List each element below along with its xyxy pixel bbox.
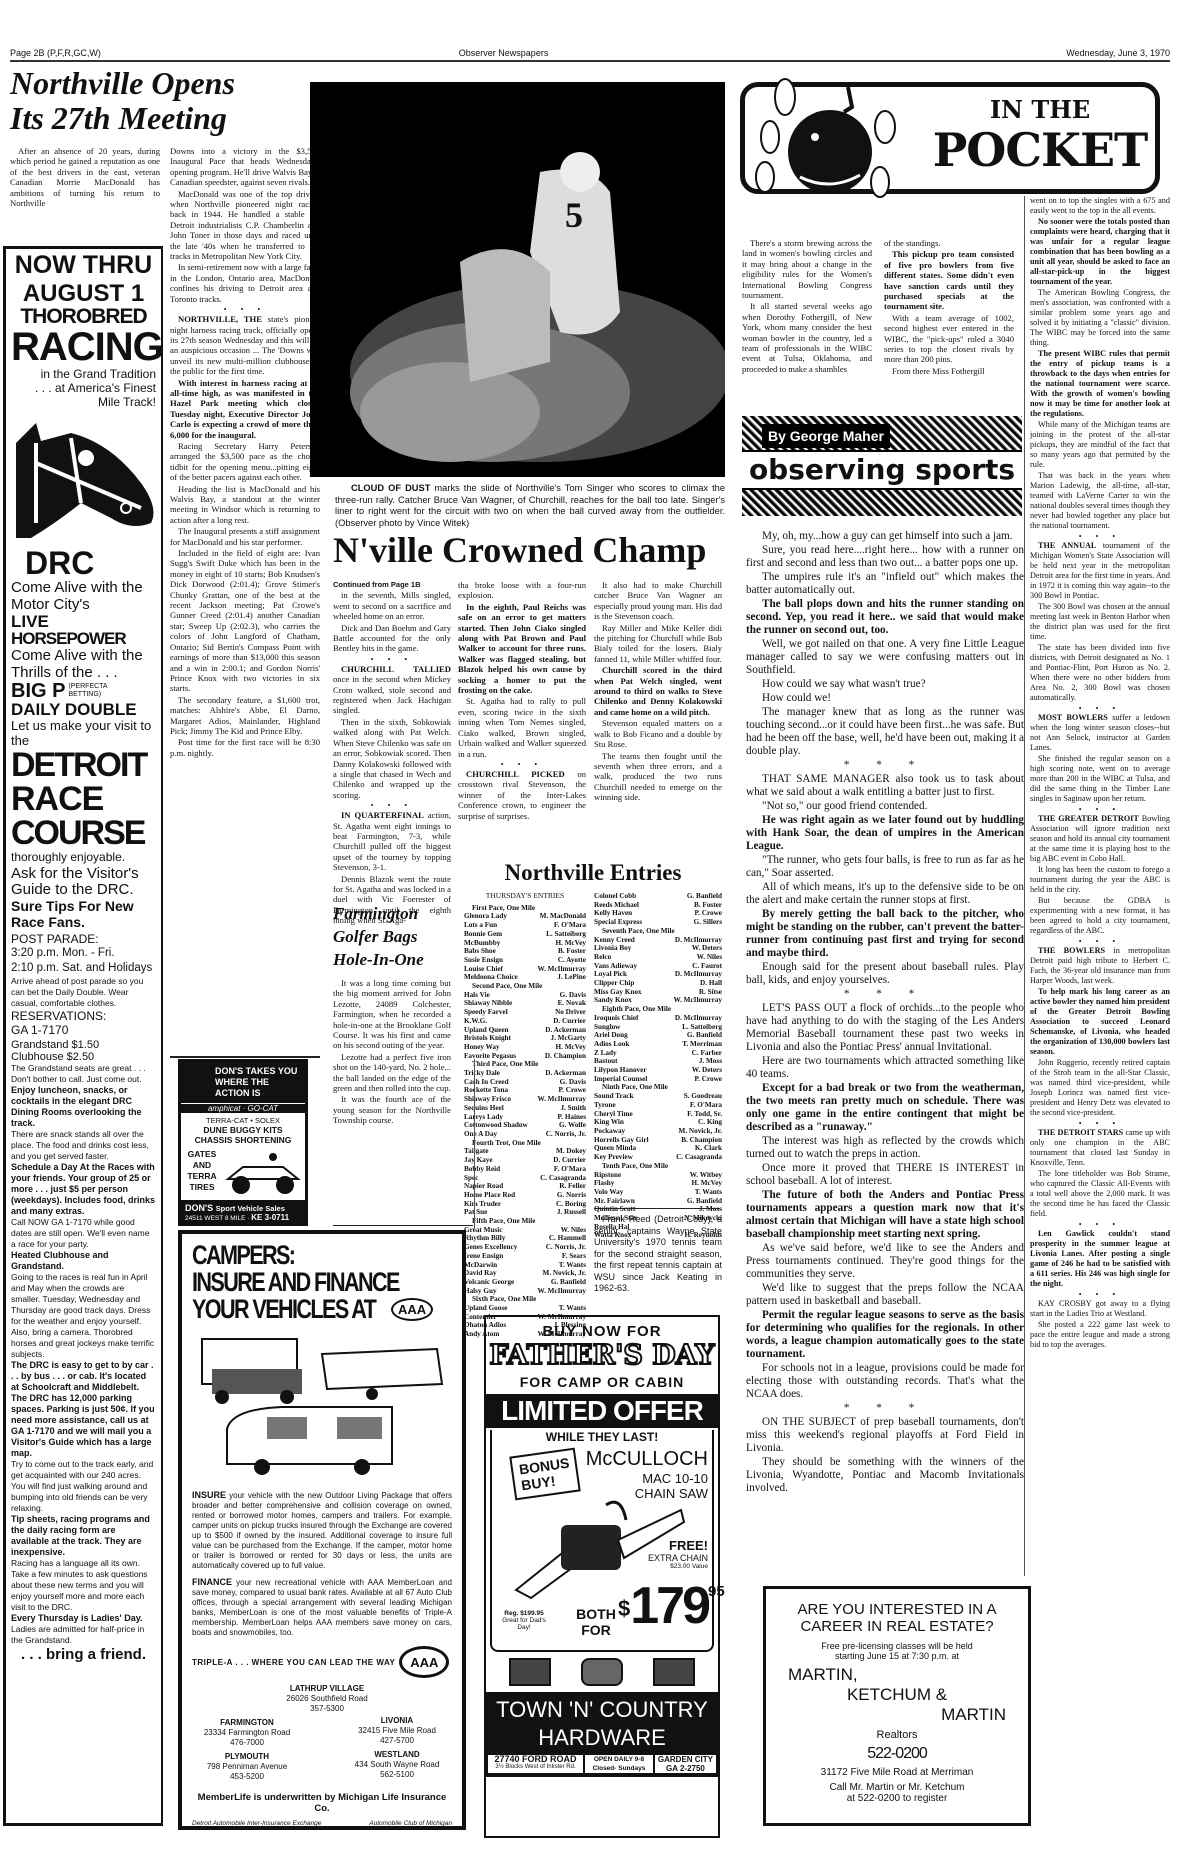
article-golf: It was a long time coming but the big mo…: [333, 978, 451, 1127]
paragraph: THE ANNUAL tournament of the Michigan Wo…: [1030, 541, 1170, 601]
driver-name: T. Merriman: [682, 1040, 722, 1049]
phone-number: GA 1-7170: [11, 1023, 156, 1037]
horse-name: Lilypon Hanover: [594, 1066, 647, 1075]
headline-line: Farmington: [333, 902, 451, 925]
entry-row: TyroneF. O'Mara: [594, 1101, 722, 1110]
driver-name: L. Satteiberg: [682, 1023, 722, 1032]
paragraph: LET'S PASS OUT a flock of orchids...to t…: [746, 1002, 1024, 1054]
horse-name: Spec: [464, 1174, 478, 1183]
driver-name: W. Niles: [561, 1226, 586, 1235]
driver-name: E. Novak: [558, 999, 586, 1008]
separator: • • •: [333, 655, 451, 664]
lead-in: THE BOWLERS: [1038, 946, 1105, 955]
entry-row: Lilypon HanoverW. Deters: [594, 1066, 722, 1075]
entry-row: PockawayM. Novick, Jr.: [594, 1127, 722, 1136]
horse-name: Sequins Heel: [464, 1104, 504, 1113]
paragraph: THE DETROIT STARS came up with only one …: [1030, 1128, 1170, 1168]
drc-logo: DRC: [11, 547, 156, 579]
lead-in: MOST BOWLERS: [1038, 713, 1108, 722]
entry-row: Honey WayH. McVey: [464, 1043, 586, 1052]
driver-name: B. Foster: [558, 947, 586, 956]
entry-row: Tricky DaleD. Ackerman: [464, 1069, 586, 1078]
horse-name: One A Day: [464, 1130, 497, 1139]
horse-name: Queen Minda: [594, 1144, 636, 1153]
ad-line: Call Mr. Martin or Mr. Ketchum: [766, 1782, 1028, 1793]
driver-name: C. Casagranda: [676, 1153, 722, 1162]
driver-name: G. Banfield: [687, 892, 722, 901]
lead-in: IN QUARTERFINAL: [341, 810, 424, 820]
paragraph: went on to top the singles with a 675 an…: [1030, 196, 1170, 216]
horse-name: Susie Ensign: [464, 956, 503, 965]
paragraph: tha broke loose with a four-run explosio…: [458, 580, 586, 601]
paragraph: IN QUARTERFINAL action, St. Agatha went …: [333, 810, 451, 872]
paragraph: "The runner, who gets four balls, is fre…: [746, 854, 1024, 880]
entry-row: Bobby ReidF. O'Mara: [464, 1165, 586, 1174]
office-phone: 427-5700: [342, 1736, 452, 1746]
byline-band: By George Maher: [742, 416, 1022, 450]
driver-name: D. McIlmurray: [675, 970, 722, 979]
paragraph: CHURCHILL PICKED on crosstown rival Stev…: [458, 769, 586, 821]
title-line: IN THE: [930, 96, 1150, 124]
driver-name: J. Moss: [699, 1205, 722, 1214]
horse-name: Pockaway: [594, 1127, 625, 1136]
horse-name: Napier Road: [464, 1182, 503, 1191]
paragraph: In semi-retirement now with a large farm…: [170, 262, 320, 304]
race-title: Tenth Pace, One Mile: [594, 1162, 722, 1171]
ad-line: Grandstand $1.50: [11, 1039, 156, 1051]
driver-name: R. Feller: [559, 1182, 586, 1191]
paragraph: St. Agatha had to rally to pull even, sc…: [458, 696, 586, 758]
paragraph: My, oh, my...how a guy can get himself i…: [746, 530, 1024, 543]
headline-golf: Farmington Golfer Bags Hole-In-One: [333, 902, 451, 971]
paragraph: NORTHVILLE, THE state's pioneer night ha…: [170, 314, 320, 376]
lead-in: CHURCHILL PICKED: [466, 769, 565, 779]
horse-name: Ariel Doug: [594, 1031, 628, 1040]
separator: • • •: [458, 760, 586, 769]
ad-line: BIG P: [11, 681, 65, 701]
ad-line: Free pre-licensing classes will be held: [766, 1641, 1028, 1651]
paragraph: Here are two tournaments which attracted…: [746, 1055, 1024, 1081]
entry-row: Colonel CobbG. Banfield: [594, 892, 722, 901]
horse-name: Bonnie Gem: [464, 930, 502, 939]
ad-line: FOR CAMP OR CABIN: [486, 1374, 718, 1390]
ad-line: RACING: [11, 327, 156, 367]
issue-date: Wednesday, June 3, 1970: [1066, 48, 1170, 58]
entry-row: Shiaway FriscoW. McIlmurray: [464, 1095, 586, 1104]
entry-row: Vans AdiewayC. Faurot: [594, 962, 722, 971]
aaa-office: FARMINGTON23334 Farmington Road476-7000: [192, 1718, 302, 1748]
entry-row: Genes ExcellencyC. Norris, Jr.: [464, 1243, 586, 1252]
paragraph: Once more it proved that THERE IS INTERE…: [746, 1162, 1024, 1188]
ad-line: at 522-0200 to register: [766, 1793, 1028, 1804]
ad-line: Come Alive with the Motor City's: [11, 579, 156, 613]
divider: [333, 1225, 473, 1226]
drc-racing-ad: NOW THRU AUGUST 1 THOROBRED RACING in th…: [3, 246, 163, 1826]
divider: [170, 1056, 320, 1058]
entry-row: TailgateM. Dokey: [464, 1147, 586, 1156]
aaa-offices: LATHRUP VILLAGE26026 Southfield Road357-…: [192, 1678, 452, 1788]
office-address: 26026 Southfield Road: [272, 1694, 382, 1704]
entry-row: Sound TrackS. Goodreau: [594, 1092, 722, 1101]
lead-in: THE ANNUAL: [1038, 541, 1096, 550]
horse-name: Rhythm Billy: [464, 1234, 505, 1243]
entry-row: Sequins HeelJ. Smith: [464, 1104, 586, 1113]
horse-name: Cheryl Time: [594, 1110, 633, 1119]
entries-subhead: THURSDAY'S ENTRIES: [464, 892, 586, 901]
separator: • • •: [1030, 532, 1170, 541]
ad-headline: YOUR VEHICLES AT: [192, 1296, 375, 1323]
entry-row: David RayM. Novick, Jr.: [464, 1269, 586, 1278]
column-rule: [1024, 196, 1025, 1576]
firm-name: MARTIN: [766, 1705, 1028, 1725]
ad-headline: INSURE AND FINANCE: [192, 1269, 400, 1296]
ad-line: DUNE BUGGY KITS: [181, 1125, 305, 1135]
driver-name: W. Niles: [697, 953, 722, 962]
driver-name: H. McVey: [692, 1179, 722, 1188]
paragraph: Heading the list is MacDonald and his Wa…: [170, 484, 320, 526]
driver-name: D. Ackerman: [545, 1026, 586, 1035]
driver-name: J. Moss: [699, 1057, 722, 1066]
lead-in: NORTHVILLE, THE: [178, 314, 262, 324]
driver-name: B. Champion: [681, 1136, 722, 1145]
entry-row: SunglowL. Satteiberg: [594, 1023, 722, 1032]
horse-name: Reeds Michael: [594, 901, 639, 910]
firm-name: KETCHUM &: [766, 1685, 1028, 1705]
paragraph: Enough said for the present about baseba…: [746, 961, 1024, 987]
address: 31172 Five Mile Road at Merriman: [766, 1767, 1028, 1778]
entry-row: Favorite PegasusD. Champion: [464, 1052, 586, 1061]
entry-row: Volcanic GeorgeG. Banfield: [464, 1278, 586, 1287]
paragraph: THE BOWLERS in metropolitan Detroit paid…: [1030, 946, 1170, 986]
horse-name: Upland Goose: [464, 1304, 507, 1313]
horse-name: Shiaway Nibble: [464, 999, 512, 1008]
ad-line: Heated Clubhouse and Grandstand.: [11, 1250, 156, 1272]
race-title: Fifth Pace, One Mile: [464, 1217, 586, 1226]
horse-name: Colonel Cobb: [594, 892, 636, 901]
paragraph: The secondary feature, a $1,600 trot, ma…: [170, 695, 320, 737]
model-name: MAC 10-10: [586, 1471, 708, 1486]
horse-name: K.W.G.: [464, 1017, 487, 1026]
ad-line: RACE: [11, 782, 156, 816]
article-champ-col1: Continued from Page 1B in the seventh, M…: [333, 580, 451, 927]
horse-name: Favorite Pegasus: [464, 1052, 516, 1061]
entry-row: Miss Gay KnoxR. Sitse: [594, 988, 722, 997]
entry-row: Mr. FairlawnG. Banfield: [594, 1197, 722, 1206]
horse-name: Lots a Fun: [464, 921, 497, 930]
bowling-pins-icon: [740, 67, 920, 207]
tagline: Great for Dad's Day!: [500, 1617, 548, 1631]
entry-row: Babs ShoeB. Foster: [464, 947, 586, 956]
driver-name: D. Ackerman: [545, 1069, 586, 1078]
byline: By George Maher: [762, 424, 890, 448]
entry-row: Upland GooseT. Wants: [464, 1304, 586, 1313]
paragraph: THAT SAME MANAGER also took us to task a…: [746, 773, 1024, 799]
lead-in: INSURE: [192, 1490, 226, 1500]
entry-row: King WinC. King: [594, 1118, 722, 1127]
driver-name: D. McIlmurray: [675, 1014, 722, 1023]
jersey-number: 5: [565, 195, 583, 235]
office-city: LATHRUP VILLAGE: [272, 1684, 382, 1694]
entry-row: BastoutJ. Moss: [594, 1057, 722, 1066]
horse-name: Horrells Gay Girl: [594, 1136, 649, 1145]
paragraph: Dick and Dan Boehm and Gary Battle accou…: [333, 623, 451, 654]
ad-line: GATES: [181, 1149, 223, 1160]
horse-name: David Ray: [464, 1269, 497, 1278]
driver-name: G. Davis: [560, 991, 586, 1000]
regular-price: Reg. $199.95: [500, 1610, 548, 1617]
paragraph: of the standings.: [884, 238, 1014, 248]
sale-price-cents: 95: [708, 1584, 725, 1599]
horse-name: Flashy: [594, 1179, 614, 1188]
masthead: Page 2B (P,F,R,GC,W) Observer Newspapers…: [10, 44, 1170, 58]
ad-line: Call NOW GA 1-7170 while good dates are …: [11, 1217, 156, 1250]
horse-head-icon: [11, 413, 161, 538]
ad-line: WHILE THEY LAST!: [492, 1430, 712, 1444]
paragraph: As we've said before, we'd like to see t…: [746, 1242, 1024, 1281]
ad-line: Try to come out to the track early, and …: [11, 1459, 156, 1514]
horse-name: Great Music: [464, 1226, 502, 1235]
entry-row: McBumbbyH. McVey: [464, 939, 586, 948]
paragraph: KAY CROSBY got away to a flying start in…: [1030, 1299, 1170, 1319]
paragraph: How could we say what wasn't true?: [746, 678, 1024, 691]
paragraph: By merely getting the ball back to the p…: [746, 908, 1024, 960]
horse-name: Honey Way: [464, 1043, 500, 1052]
footer-sponsor: Detroit Automobile Inter-Insurance Excha…: [192, 1820, 321, 1827]
horse-name: Adios Look: [594, 1040, 629, 1049]
brand-logos: amphicat · GO-CAT: [181, 1103, 305, 1113]
ad-line: The Grandstand seats are great . . . Don…: [11, 1063, 156, 1085]
firm-name: MARTIN,: [766, 1665, 1028, 1685]
driver-name: J. LePine: [557, 973, 586, 982]
ad-line: Sure Tips For New Race Fans.: [11, 898, 156, 930]
driver-name: G. Banfield: [687, 1031, 722, 1040]
ad-line: in the Grand Tradition: [11, 367, 156, 381]
race-title: Second Pace, One Mile: [464, 982, 586, 991]
paragraph: ON THE SUBJECT of prep baseball tourname…: [746, 1416, 1024, 1455]
paragraph: She finished the regular season on a hig…: [1030, 754, 1170, 804]
driver-name: P. Crowe: [694, 909, 722, 918]
ad-line: Arrive ahead of post parade so you can b…: [11, 976, 156, 1009]
entry-row: Clipper ChipD. Hall: [594, 979, 722, 988]
driver-name: G. Davis: [560, 1078, 586, 1087]
horse-name: Relco: [594, 953, 611, 962]
driver-name: W. Witbey: [690, 1171, 722, 1180]
driver-name: P. Crowe: [694, 1075, 722, 1084]
brand-name: McCULLOCH: [586, 1448, 708, 1471]
ad-line: Going to the races is real fun in April …: [11, 1272, 156, 1360]
column-title: observing sports: [742, 452, 1022, 488]
horse-name: Tailgate: [464, 1147, 489, 1156]
reed-brief: Frank Reed (Detroit-Cody), a senior, cap…: [594, 1214, 722, 1296]
driver-name: J. Smith: [560, 1104, 586, 1113]
race-title: Eighth Pace, One Mile: [594, 1005, 722, 1014]
office-address: 798 Penniman Avenue: [192, 1762, 302, 1772]
horse-name: Ripstone: [594, 1171, 621, 1180]
horse-name: Vans Adieway: [594, 962, 637, 971]
horse-name: Bristols Knight: [464, 1034, 511, 1043]
paragraph: That was back in the years when Marion L…: [1030, 471, 1170, 531]
ad-line: Realtors: [766, 1729, 1028, 1741]
store-city: GARDEN CITY: [655, 1755, 716, 1764]
ad-line: RESERVATIONS:: [11, 1009, 156, 1023]
entry-row: Quintin ScottJ. Moss: [594, 1205, 722, 1214]
entry-row: Kelly HavenP. Crowe: [594, 909, 722, 918]
ad-line: LIVE: [11, 613, 156, 630]
driver-name: J. Russell: [557, 1208, 586, 1217]
horse-name: Clipper Chip: [594, 979, 634, 988]
horse-name: Key Preview: [594, 1153, 633, 1162]
lead-in: CHURCHILL TALLIED: [341, 664, 451, 674]
entry-row: Home Place RodG. Norris: [464, 1191, 586, 1200]
headline-line: Northville Opens: [10, 66, 310, 101]
paragraph: We'd like to suggest that the preps foll…: [746, 1282, 1024, 1308]
ad-line: POST PARADE:: [11, 932, 156, 946]
driver-name: F. O'Mara: [554, 1165, 586, 1174]
horse-name: Sound Track: [594, 1092, 633, 1101]
horse-name: McDarwin: [464, 1261, 497, 1270]
entry-row: Imperial CounselP. Crowe: [594, 1075, 722, 1084]
driver-name: G. Norris: [557, 1191, 586, 1200]
office-city: WESTLAND: [342, 1750, 452, 1760]
horse-name: Larrys Lady: [464, 1113, 503, 1122]
driver-name: G. Banfield: [687, 1197, 722, 1206]
paragraph: MacDonald was one of the top drivers whe…: [170, 189, 320, 262]
driver-name: F. Sears: [562, 1252, 586, 1261]
entries-col1: THURSDAY'S ENTRIES First Pace, One MileG…: [464, 892, 586, 1339]
entry-row: Key PreviewC. Casagranda: [594, 1153, 722, 1162]
horse-name: Tricky Dale: [464, 1069, 500, 1078]
horse-name: Z Lady: [594, 1049, 617, 1058]
paragraph: The umpires rule it's an "infield out" w…: [746, 571, 1024, 597]
driver-name: C. Norris, Jr.: [546, 1130, 586, 1139]
driver-name: M. Novick, Jr.: [679, 1127, 722, 1136]
headline-line: Its 27th Meeting: [10, 101, 310, 136]
paragraph: No sooner were the totals posted than co…: [1030, 217, 1170, 287]
dune-buggy-icon: [223, 1149, 303, 1197]
race-title: Fourth Trot, One Mile: [464, 1139, 586, 1148]
entry-row: RipstoneW. Witbey: [594, 1171, 722, 1180]
store-name: TOWN 'N' COUNTRY: [486, 1696, 718, 1724]
paragraph: Then in the sixth, Sobkowiak walked alon…: [333, 717, 451, 800]
ad-line: Let us make your visit to the: [11, 718, 156, 748]
driver-name: M. Dokey: [556, 1147, 586, 1156]
dons-sport-vehicle-ad: DON'S TAKES YOU WHERE THE ACTION IS amph…: [178, 1059, 308, 1226]
entry-row: Rockette TonaP. Crowe: [464, 1086, 586, 1095]
ad-line: . . . at America's Finest: [11, 381, 156, 395]
store-hours: OPEN DAILY 9-8: [585, 1755, 653, 1764]
driver-name: C. King: [698, 1118, 722, 1127]
driver-name: T. Wants: [559, 1304, 586, 1313]
paragraph: It long has been the custom to forego a …: [1030, 865, 1170, 895]
ad-line: Mile Track!: [11, 395, 156, 409]
photo-caption: CLOUD OF DUST marks the slide of Northvi…: [335, 483, 725, 529]
paragraph: They should be something with the winner…: [746, 1456, 1024, 1495]
driver-name: W. McIlmurray: [674, 996, 722, 1005]
paragraph: "Not so," our good friend contended.: [746, 800, 1024, 813]
horse-name: Speedy Farvel: [464, 1008, 508, 1017]
horse-name: Jay Kaye: [464, 1156, 493, 1165]
ad-line: NOW THRU: [11, 253, 156, 278]
entry-row: Livonia BoyW. Deters: [594, 944, 722, 953]
aaa-office: LIVONIA32415 Five Mile Road427-5700: [342, 1716, 452, 1746]
entry-row: Iroquois ChiefD. McIlmurray: [594, 1014, 722, 1023]
horse-name: Special Express: [594, 918, 642, 927]
baseball-photo: 5: [310, 82, 725, 477]
entry-row: Cheryl TimeF. Todd, Sr.: [594, 1110, 722, 1119]
horse-name: Louise Chief: [464, 965, 503, 974]
ad-line: Schedule a Day At the Races with your fr…: [11, 1162, 156, 1217]
entry-row: Reeds MichaelB. Foster: [594, 901, 722, 910]
credit-card-logos: [494, 1658, 710, 1686]
ad-line: Ladies are admitted for half-price in th…: [11, 1624, 156, 1646]
ad-line: WHERE THE ACTION IS: [215, 1077, 301, 1099]
separator: • • •: [1030, 1119, 1170, 1128]
paragraph: The lone titleholder was Bob Strame, who…: [1030, 1169, 1170, 1219]
entry-row: FlashyH. McVey: [594, 1179, 722, 1188]
entry-row: Bristols KnightJ. McGarty: [464, 1034, 586, 1043]
entry-row: Glenora LadyM. MacDonald: [464, 912, 586, 921]
race-title: Third Pace, One Mile: [464, 1060, 586, 1069]
ad-line: LIMITED OFFER: [486, 1394, 718, 1428]
real-estate-ad: ARE YOU INTERESTED IN A CAREER IN REAL E…: [763, 1586, 1031, 1826]
paragraph: Except for a bad break or two from the w…: [746, 1082, 1024, 1134]
paragraph: Racing Secretary Harry Peterson arranged…: [170, 441, 320, 483]
ad-line: BUY NOW FOR: [486, 1323, 718, 1340]
paragraph: Included in the field of eight are: Ivan…: [170, 548, 320, 694]
driver-name: C. Faurot: [692, 962, 722, 971]
pocket-col2: of the standings. This pickup pro team c…: [884, 238, 1014, 377]
horse-name: King Win: [594, 1118, 624, 1127]
entry-row: Bonnie GemL. Satteiberg: [464, 930, 586, 939]
driver-name: G. Sillers: [694, 918, 722, 927]
entry-row: Louise ChiefW. McIlmurray: [464, 965, 586, 974]
driver-name: F. O'Mara: [554, 921, 586, 930]
driver-name: D. Hall: [700, 979, 722, 988]
driver-name: L. Satteiberg: [546, 930, 586, 939]
separator: * * *: [746, 759, 1024, 772]
driver-name: C. Farber: [692, 1049, 722, 1058]
driver-name: W. McIlmurray: [538, 1287, 586, 1296]
horse-name: Genes Excellency: [464, 1243, 517, 1252]
paragraph: He was right again as we later found out…: [746, 814, 1024, 853]
entry-row: Rhythm BillyC. Hammell: [464, 1234, 586, 1243]
lead-in: THE GREATER DETROIT: [1038, 814, 1139, 823]
title-line: POCKET: [930, 124, 1150, 176]
driver-name: S. Goodreau: [684, 1092, 722, 1101]
ad-line: 2:10 p.m. Sat. and Holidays: [11, 961, 156, 976]
entry-row: Special ExpressG. Sillers: [594, 918, 722, 927]
entry-row: Lots a FunF. O'Mara: [464, 921, 586, 930]
driver-name: D. Currier: [553, 1017, 586, 1026]
horse-name: Quintin Scott: [594, 1205, 635, 1214]
driver-name: C. Boring: [556, 1200, 586, 1209]
headline-line: Hole-In-One: [333, 948, 451, 971]
driver-name: No Driver: [555, 1008, 586, 1017]
paragraph: THE GREATER DETROIT Bowling Association …: [1030, 814, 1170, 864]
page-number: Page 2B (P,F,R,GC,W): [10, 48, 101, 58]
horse-name: Bobby Reid: [464, 1165, 500, 1174]
ad-line: Enjoy luncheon, snacks, or cocktails in …: [11, 1085, 156, 1129]
headline-entries: Northville Entries: [468, 860, 718, 886]
free-label: FREE!: [648, 1538, 708, 1553]
horse-name: Livonia Boy: [594, 944, 631, 953]
office-city: PLYMOUTH: [192, 1752, 302, 1762]
ad-line: AND: [181, 1160, 223, 1171]
entry-row: McDarwinT. Wants: [464, 1261, 586, 1270]
paragraph: MOST BOWLERS suffer a letdown when the l…: [1030, 713, 1170, 753]
driver-name: W. Deters: [692, 1066, 722, 1075]
driver-name: W. Deters: [692, 944, 722, 953]
